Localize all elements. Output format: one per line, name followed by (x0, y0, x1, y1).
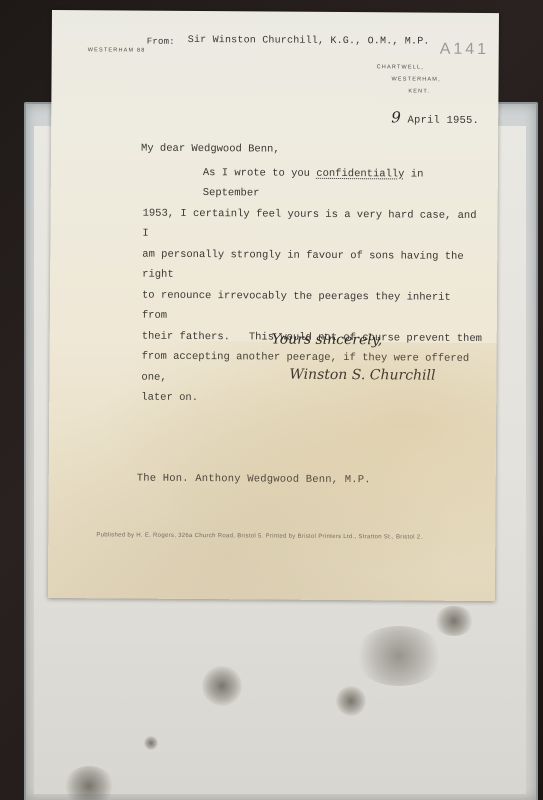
mould-stain (336, 686, 366, 716)
address-line-2: WESTERHAM, (392, 76, 441, 82)
date-line: 9 April 1955. (391, 108, 479, 127)
body-line: to renounce irrevocably the peerages the… (142, 285, 482, 328)
address-line-3: KENT. (408, 88, 430, 94)
letter-page: From: Sir Winston Churchill, K.G., O.M.,… (48, 10, 499, 601)
from-label: From: (147, 37, 175, 47)
salutation: My dear Wedgwood Benn, (141, 139, 483, 162)
printer-imprint: Published by H. E. Rogers, 326a Church R… (96, 532, 422, 540)
recipient-line: The Hon. Anthony Wedgwood Benn, M.P. (137, 473, 371, 487)
mould-stain (434, 606, 474, 636)
sender-name: Sir Winston Churchill, K.G., O.M., M.P. (188, 35, 430, 48)
archive-pencil-mark: A141 (440, 41, 489, 59)
mould-stain (64, 766, 114, 800)
text-segment: As I wrote to you (203, 167, 317, 180)
closing-handwritten: Yours sincerely, (272, 332, 383, 349)
paragraph-first-line: As I wrote to you confidentially in Sept… (143, 162, 483, 205)
underlined-word: confidentially (316, 167, 404, 180)
telephone-number: WESTERHAM 88 (88, 47, 146, 53)
mould-stain (354, 626, 444, 686)
body-line: 1953, I certainly feel yours is a very h… (142, 203, 482, 246)
date-month-year: April 1955. (407, 114, 479, 126)
mould-stain (202, 666, 242, 706)
signature: Winston S. Churchill (289, 367, 435, 384)
address-line-1: CHARTWELL, (377, 64, 424, 70)
body-line: later on. (141, 388, 481, 411)
handwritten-day: 9 (391, 108, 401, 126)
mould-stain (144, 736, 158, 750)
body-line: am personally strongly in favour of sons… (142, 244, 482, 287)
